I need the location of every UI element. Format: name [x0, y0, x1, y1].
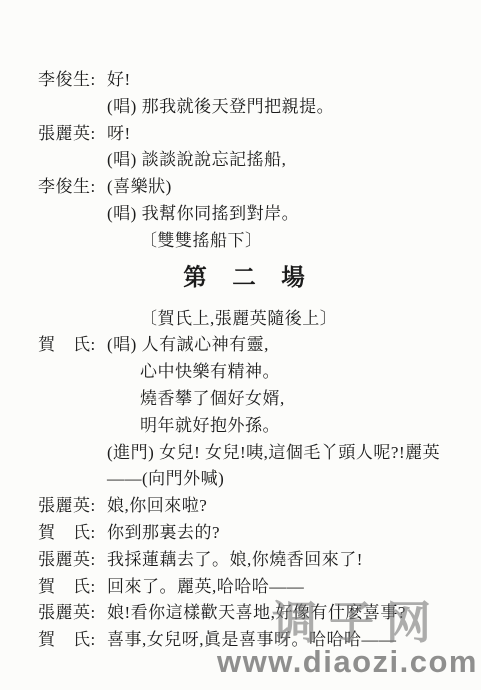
- speaker-name: 賀 氏:: [38, 574, 107, 601]
- line-text: (唱) 我幫你同搖到對岸。: [107, 204, 299, 223]
- line-text: 呀!: [107, 124, 131, 143]
- script-line: 燒香攀了個好女婿,: [0, 386, 481, 413]
- script-line: 張麗英:呀!: [0, 121, 481, 148]
- scanned-script-page: 李俊生:好!(唱) 那我就後天登門把親提。張麗英:呀!(唱) 談談說說忘記搖船,…: [0, 0, 481, 690]
- script-line: (唱) 那我就後天登門把親提。: [0, 94, 481, 121]
- scene-heading: 第 二 場: [8, 262, 481, 294]
- scene-heading-text: 第 二 場: [183, 265, 306, 291]
- script-line: 明年就好抱外孫。: [0, 413, 481, 440]
- speaker-name: 張麗英:: [38, 547, 107, 574]
- line-text: 燒香攀了個好女婿,: [140, 389, 285, 408]
- speaker-name: 張麗英:: [38, 600, 107, 627]
- script-line: 賀 氏:你到那裏去的?: [0, 520, 481, 547]
- line-text: (唱) 談談說說忘記搖船,: [107, 150, 286, 169]
- script-line: 李俊生:好!: [0, 67, 481, 94]
- line-text: (唱) 人有誠心神有靈,: [107, 335, 269, 354]
- line-text: (唱) 那我就後天登門把親提。: [107, 97, 334, 116]
- line-text: 你到那裏去的?: [107, 523, 220, 542]
- script-line: 賀 氏:喜事,女兒呀,眞是喜事呀。哈哈哈——: [0, 627, 481, 654]
- stage-direction: 〔雙雙搖船下〕: [0, 228, 481, 255]
- script-line: 賀 氏:(唱) 人有誠心神有靈,: [0, 332, 481, 359]
- script-line: 張麗英:娘!看你這樣歡天喜地,好像有什麽喜事?: [0, 600, 481, 627]
- line-text: 喜事,女兒呀,眞是喜事呀。哈哈哈——: [107, 630, 397, 649]
- line-text: 好!: [107, 70, 131, 89]
- speaker-name: 賀 氏:: [38, 627, 107, 654]
- script-line: 張麗英:我採蓮藕去了。娘,你燒香回來了!: [0, 547, 481, 574]
- line-text: 〔雙雙搖船下〕: [140, 231, 263, 250]
- line-text: 娘,你回來啦?: [107, 496, 207, 515]
- speaker-name: 張麗英:: [38, 493, 107, 520]
- speaker-name: 李俊生:: [38, 174, 107, 201]
- line-text: (進門) 女兒! 女兒!咦,這個毛丫頭人呢?!麗英: [107, 443, 440, 462]
- script-line: (唱) 談談說說忘記搖船,: [0, 147, 481, 174]
- line-text: 娘!看你這樣歡天喜地,好像有什麽喜事?: [107, 603, 406, 622]
- script-line: 賀 氏:回來了。麗英,哈哈哈——: [0, 574, 481, 601]
- script-line: 張麗英:娘,你回來啦?: [0, 493, 481, 520]
- stage-direction: 〔賀氏上,張麗英隨後上〕: [0, 306, 481, 333]
- line-text: ——(向門外喊): [107, 469, 224, 488]
- line-text: (喜樂狀): [107, 177, 172, 196]
- line-text: 明年就好抱外孫。: [140, 416, 280, 435]
- speaker-name: 李俊生:: [38, 67, 107, 94]
- script-line: 心中快樂有精神。: [0, 359, 481, 386]
- speaker-name: 張麗英:: [38, 121, 107, 148]
- line-text: 我採蓮藕去了。娘,你燒香回來了!: [107, 550, 363, 569]
- speaker-name: 賀 氏:: [38, 520, 107, 547]
- line-text: 回來了。麗英,哈哈哈——: [107, 577, 304, 596]
- line-text: 心中快樂有精神。: [140, 362, 280, 381]
- script-line: ——(向門外喊): [0, 466, 481, 493]
- script-line: 李俊生:(喜樂狀): [0, 174, 481, 201]
- script-line: (唱) 我幫你同搖到對岸。: [0, 201, 481, 228]
- line-text: 〔賀氏上,張麗英隨後上〕: [140, 309, 337, 328]
- script-line: (進門) 女兒! 女兒!咦,這個毛丫頭人呢?!麗英: [0, 440, 481, 467]
- speaker-name: 賀 氏:: [38, 332, 107, 359]
- script-body: 李俊生:好!(唱) 那我就後天登門把親提。張麗英:呀!(唱) 談談說說忘記搖船,…: [0, 0, 481, 654]
